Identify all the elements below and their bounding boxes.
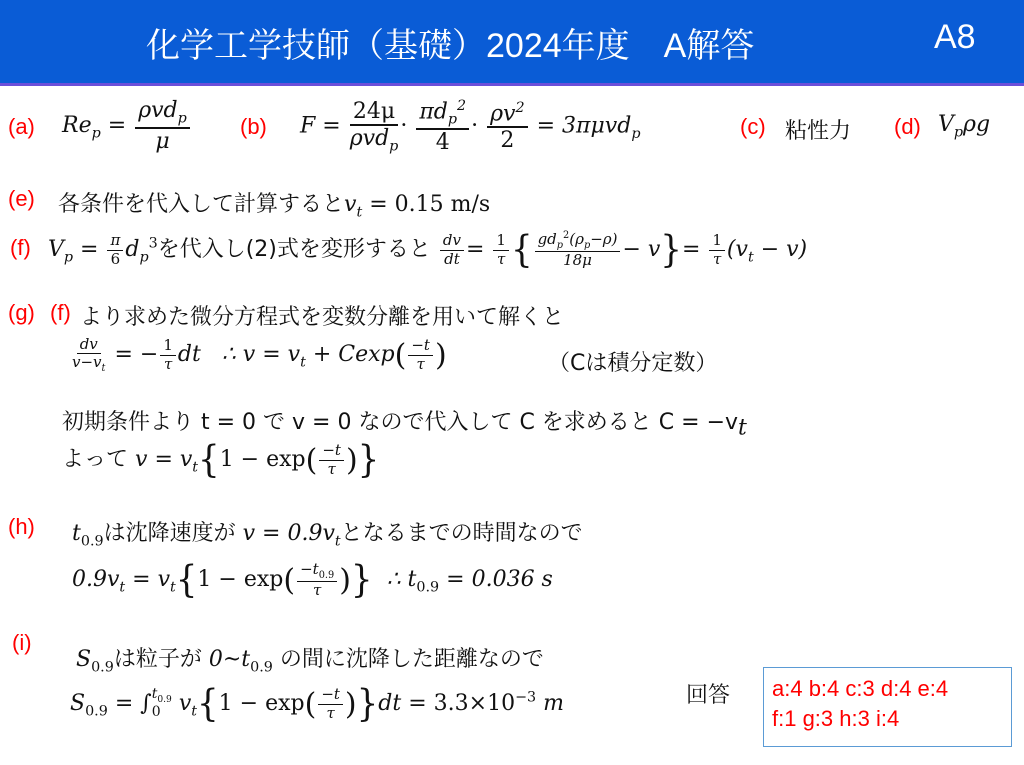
volume-subscript: p <box>954 124 963 140</box>
line-h-2: 0.9vt = vt{1 − exp(−t0.9τ)} ∴ t0.9 = 0.0… <box>72 560 553 600</box>
dv-num: dv <box>77 336 101 354</box>
minus-t09: −t <box>300 560 319 578</box>
line-g-3-sub: t <box>738 415 747 440</box>
line-g-4: よって v = vt{1 − exp(−tτ)} <box>62 440 379 480</box>
f-lhs: F = <box>300 114 341 139</box>
numerator-a-sub: p <box>178 110 187 126</box>
fraction-1-tau-2: 1τ <box>709 232 725 268</box>
answer-label: 回答 <box>686 678 730 709</box>
lhs-09vt: 0.9v <box>72 567 119 592</box>
fraction-b2-den: 4 <box>436 130 450 155</box>
fraction-dv-v-vt: dvv−vt <box>72 336 105 374</box>
label-f: (f) <box>10 235 31 261</box>
vp-symbol: V <box>48 237 64 262</box>
line-f: Vp = π6dp3を代入し(2)式を変形すると dvdt= 1τ{gdp2(ρ… <box>48 230 807 270</box>
fraction-b2: πdp2 4 <box>416 98 469 155</box>
one-2: 1 <box>709 232 725 250</box>
equation-b: F = 24μ ρvdp · πdp2 4 · ρv2 2 = 3πμvdp <box>300 98 640 155</box>
fraction-b3-den: 2 <box>500 128 514 153</box>
label-e: (e) <box>8 186 35 212</box>
fraction-a: ρvdp μ <box>135 98 190 154</box>
lhs-09vt-sub: t <box>119 579 125 595</box>
rhs-b-sub: p <box>631 126 640 142</box>
eighteen-mu: 18μ <box>563 252 592 269</box>
vt-subscript: t <box>356 204 362 220</box>
s09-unit: m <box>543 691 564 716</box>
fraction-exp-g4: −tτ <box>319 442 344 478</box>
equals-sign: = <box>108 113 133 138</box>
one-minus-exp-h: 1 − exp <box>197 567 283 592</box>
fraction-b3-num: ρv <box>490 101 515 126</box>
line-i-1: S0.9は粒子が 0~t0.9 の間に沈降した距離なので <box>76 642 544 675</box>
integration-constant-note: （Cは積分定数） <box>548 346 717 377</box>
label-g-ref-f: (f) <box>50 300 71 326</box>
label-d: (d) <box>894 114 921 140</box>
fraction-exp-h: −t0.9τ <box>297 561 337 599</box>
rhs-vt: (v <box>727 237 748 262</box>
vt-value: = 0.15 m/s <box>369 192 490 217</box>
v-equals-09vt: v = 0.9v <box>243 521 335 546</box>
t09-value: = 0.036 s <box>446 567 553 592</box>
slide-page-id: A8 <box>934 18 976 57</box>
line-h-1-text: は沈降速度が <box>104 521 236 546</box>
s09-sub: 0.9 <box>91 659 114 675</box>
dt-i: dt <box>378 691 401 716</box>
slide-title: 化学工学技師（基礎）2024年度 A解答 <box>146 18 754 67</box>
s09-lhs: S <box>70 691 85 716</box>
re-subscript: p <box>92 125 101 141</box>
equation-d: Vpρg <box>938 112 990 140</box>
dp-symbol: d <box>125 237 139 262</box>
t09-sub: 0.9 <box>81 533 104 549</box>
line-f-text: を代入し(2)式を変形すると <box>158 237 431 262</box>
s09-value: = 3.3×10 <box>408 691 515 716</box>
numerator-a: ρvd <box>138 98 177 123</box>
v-minus-vt-sub: t <box>102 363 106 374</box>
fraction-terminal: gdp2(ρp−ρ)18μ <box>535 230 621 269</box>
tau-h: τ <box>313 582 321 599</box>
rhs-vt-sub: t <box>748 249 754 265</box>
tau-i: τ <box>326 705 334 722</box>
label-c: (c) <box>740 114 766 140</box>
one-minus-exp: 1 − exp <box>220 447 306 472</box>
vt-symbol: v <box>344 192 356 217</box>
answer-line-2: f:1 g:3 h:3 i:4 <box>772 704 1003 734</box>
line-e-text: 各条件を代入して計算すると <box>58 192 344 217</box>
pi: π <box>107 232 123 250</box>
denominator-a: μ <box>155 129 169 154</box>
rho-p: (ρ <box>569 230 584 248</box>
fraction-exp-g: −tτ <box>408 337 433 373</box>
g-dp-sub: p <box>557 240 563 251</box>
tau: τ <box>497 251 505 268</box>
fraction-b2-num: πd <box>419 99 448 124</box>
line-g-4-prefix: よって <box>62 447 128 472</box>
v-minus-vt: v−v <box>72 353 102 371</box>
therefore-v-sub: t <box>300 355 306 371</box>
label-b: (b) <box>240 114 267 140</box>
line-e: 各条件を代入して計算するとvt = 0.15 m/s <box>58 187 490 220</box>
fraction-b3: ρv2 2 <box>487 100 527 154</box>
answer-box: a:4 b:4 c:3 d:4 e:4 f:1 g:3 h:3 i:4 <box>763 667 1012 747</box>
fraction-pi-6: π6 <box>107 232 123 268</box>
label-a: (a) <box>8 114 35 140</box>
dt: dt <box>444 251 460 268</box>
fraction-b1-num: 24μ <box>350 99 398 126</box>
dp-cube: 3 <box>149 236 158 252</box>
line-i-1-text: は粒子が <box>114 647 202 672</box>
range-0-t09-sub: 0.9 <box>250 659 273 675</box>
one-minus-exp-i: 1 − exp <box>219 691 305 716</box>
line-i-1-tail: の間に沈降した距離なので <box>280 647 544 672</box>
re-symbol: Re <box>62 113 92 138</box>
rhs-b: = 3πμvd <box>537 114 632 139</box>
fraction-b1-den: ρvd <box>350 126 389 151</box>
plus-c-exp: + Cexp <box>313 342 395 367</box>
fraction-b2-num-sup: 2 <box>457 98 466 114</box>
fraction-b3-num-sup: 2 <box>516 100 525 116</box>
tau-exp: τ <box>416 356 424 373</box>
equals-integral: = ∫ <box>115 691 152 716</box>
minus-t-g4: −t <box>319 442 344 460</box>
therefore-t09: ∴ t <box>387 567 417 592</box>
range-0-t09: 0~t <box>209 647 250 672</box>
line-g-2: dvv−vt = −1τdt ∴ v = vt + Cexp(−tτ) <box>70 336 447 374</box>
lower-limit: 0 <box>152 705 172 720</box>
tau-2: τ <box>713 251 721 268</box>
fraction-b2-num-sub: p <box>448 112 457 128</box>
line-g-3-text: 初期条件より t = 0 で v = 0 なので代入して C を求めると C =… <box>62 410 738 435</box>
fraction-b1: 24μ ρvdp <box>350 99 399 155</box>
tau-g: τ <box>164 356 172 373</box>
label-i: (i) <box>12 630 32 656</box>
rhs-tail: − v) <box>761 237 807 262</box>
line-h-1-tail: となるまでの時間なので <box>341 521 583 546</box>
fraction-dv-dt: dvdt <box>440 232 464 268</box>
line-g-1: より求めた微分方程式を変数分離を用いて解くと <box>80 300 564 331</box>
one: 1 <box>493 232 509 250</box>
six: 6 <box>111 251 121 268</box>
s09-lhs-sub: 0.9 <box>85 703 108 719</box>
integral-limits: t0.90 <box>152 687 172 720</box>
equals-minus: = − <box>114 342 158 367</box>
rho-g: ρg <box>963 112 990 137</box>
therefore-t09-sub: 0.9 <box>416 579 439 595</box>
label-h: (h) <box>8 514 35 540</box>
minus-t09-sub: 0.9 <box>319 570 335 581</box>
line-h-1: t0.9は沈降速度が v = 0.9vtとなるまでの時間なので <box>72 516 583 549</box>
minus-t-i: −t <box>318 686 343 704</box>
fraction-exp-i: −tτ <box>318 686 343 722</box>
line-g-3: 初期条件より t = 0 で v = 0 なので代入して C を求めると C =… <box>62 405 747 440</box>
t09-symbol: t <box>72 521 81 546</box>
vt-i: v <box>179 691 191 716</box>
volume-symbol: V <box>938 112 954 137</box>
equals-vt: = v <box>132 567 170 592</box>
fraction-1-tau: 1τ <box>493 232 509 268</box>
answer-line-1: a:4 b:4 c:3 d:4 e:4 <box>772 674 1003 704</box>
g-dp: gd <box>538 230 557 248</box>
dv: dv <box>440 232 464 250</box>
tau-g4: τ <box>327 461 335 478</box>
minus-t: −t <box>408 337 433 355</box>
fraction-b1-den-sub: p <box>389 138 398 154</box>
dt-g: dt <box>178 342 201 367</box>
label-g: (g) <box>8 300 35 326</box>
answer-c-text: 粘性力 <box>785 114 851 145</box>
v-equals-vt: v = v <box>135 447 192 472</box>
equation-a: Rep = ρvdp μ <box>62 98 192 154</box>
vp-subscript: p <box>64 249 73 265</box>
s09-exponent: −3 <box>515 690 536 706</box>
title-bar: 化学工学技師（基礎）2024年度 A解答 A8 <box>0 0 1024 86</box>
line-i-2: S0.9 = ∫t0.90 vt{1 − exp(−tτ)}dt = 3.3×1… <box>70 684 564 724</box>
therefore-v: ∴ v = v <box>222 342 300 367</box>
one-g: 1 <box>160 337 176 355</box>
s09-symbol: S <box>76 647 91 672</box>
minus-v: − v <box>622 237 660 262</box>
minus-rho: −ρ) <box>590 230 617 248</box>
dp-subscript: p <box>139 249 148 265</box>
equals-f: = <box>80 237 98 262</box>
fraction-1-tau-g: 1τ <box>160 337 176 373</box>
